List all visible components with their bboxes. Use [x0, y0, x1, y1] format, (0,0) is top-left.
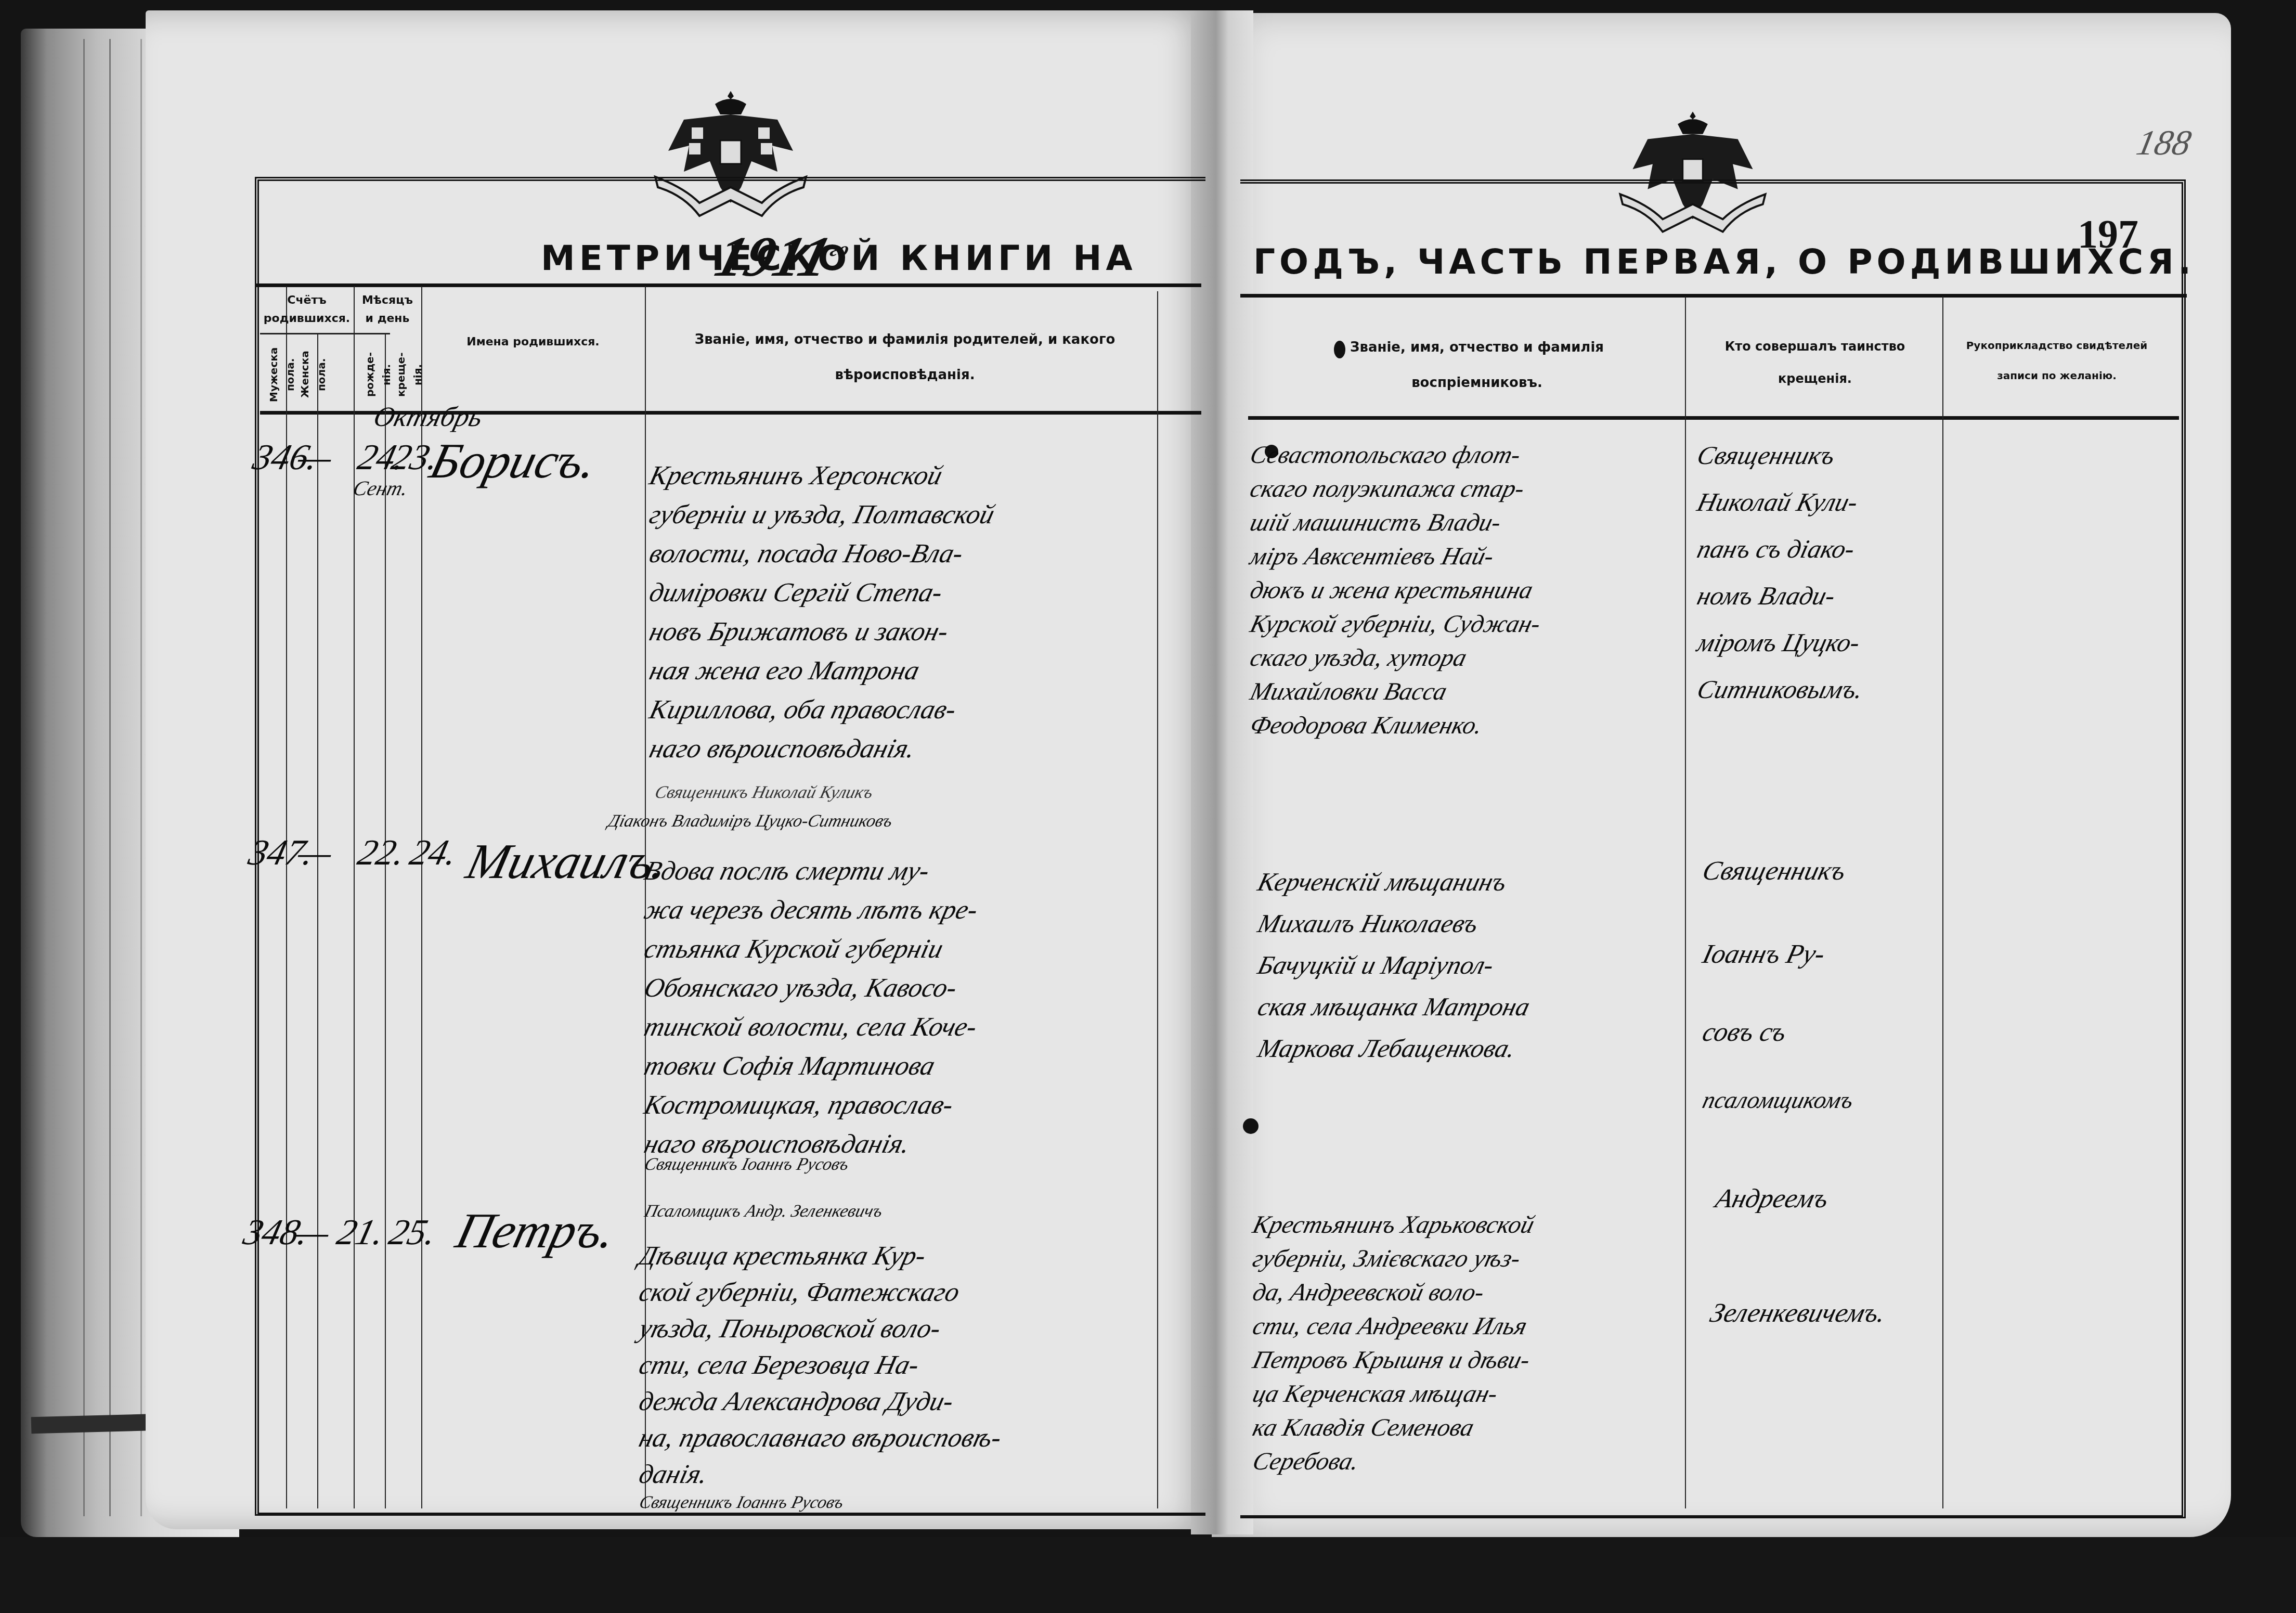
officiant-line: Ситниковымъ. [1691, 661, 1870, 718]
column-divider [1685, 296, 1686, 1508]
signature: Діаконъ Владиміръ Цуцко-Ситниковъ [606, 811, 894, 831]
officiant-line: псаломщикомъ [1696, 1072, 1860, 1129]
header-rule [1240, 294, 2187, 298]
child-name: Михаилъ. [461, 832, 673, 890]
month-note-september: Сент. [351, 476, 411, 500]
header-male: Мужеска пола. [265, 343, 299, 406]
binding-hole [1243, 1118, 1259, 1134]
header-baptism-date: креще-нія. [393, 343, 426, 406]
header-rule [255, 283, 1201, 287]
officiant-line: Іоаннъ Ру- [1696, 926, 1831, 983]
signature: Священникъ Николай Куликъ [653, 783, 875, 803]
header-female: Женска пола. [296, 343, 330, 406]
header-bottom-rule [1248, 416, 2179, 420]
header-godparents: Званіе, имя, отчество и фамилія воспріем… [1311, 330, 1643, 401]
officiant-line: совъ съ [1696, 1004, 1793, 1061]
godparents-line: Маркова Лебащенкова. [1251, 1020, 1522, 1077]
column-divider [1157, 291, 1158, 1508]
column-divider [317, 333, 318, 1508]
column-divider [354, 286, 355, 1508]
page-edge [83, 39, 85, 1516]
header-birth-date: рожде-нія. [361, 343, 395, 406]
header-child-names: Имена родившихся. [426, 333, 640, 351]
parents-line: наго вѣроисповѣданія. [643, 720, 922, 778]
header-parents: Званіе, имя, отчество и фамилія родителе… [671, 322, 1139, 393]
header-witnesses: Рукоприкладство свидѣтелей записи по жел… [1948, 330, 2166, 391]
page-edge [109, 39, 111, 1516]
scan-background [0, 1537, 2296, 1613]
godparents-line: Серебова. [1246, 1433, 1366, 1490]
header-month-day: Мѣсяцъ и день [356, 291, 419, 328]
officiant-line: Священникъ [1696, 843, 1852, 900]
officiant-line: Зеленкевичемъ. [1704, 1285, 1892, 1342]
archive-folio-number: 188 [2133, 122, 2195, 163]
signature: Псаломщикъ Андр. Зеленкевичъ [642, 1202, 885, 1221]
header-officiant: Кто совершалъ таинство крещенія. [1695, 330, 1935, 395]
child-name: Борисъ. [424, 432, 603, 489]
officiant-line: Андреемъ [1709, 1170, 1835, 1228]
column-divider [385, 333, 386, 1508]
page-edge [140, 39, 142, 1516]
month-note-october: Октябрь [370, 401, 486, 433]
signature: Священникъ Іоаннъ Русовъ [642, 1155, 851, 1175]
godparents-line: Феодорова Клименко. [1243, 697, 1489, 754]
column-divider [1942, 296, 1943, 1508]
signature: Священникъ Іоаннъ Русовъ [637, 1493, 846, 1513]
header-birth-count: Счётъ родившихся. [263, 291, 351, 328]
subheader-rule [260, 333, 390, 334]
child-name: Петръ. [450, 1202, 622, 1259]
binding-hole [1334, 341, 1345, 358]
